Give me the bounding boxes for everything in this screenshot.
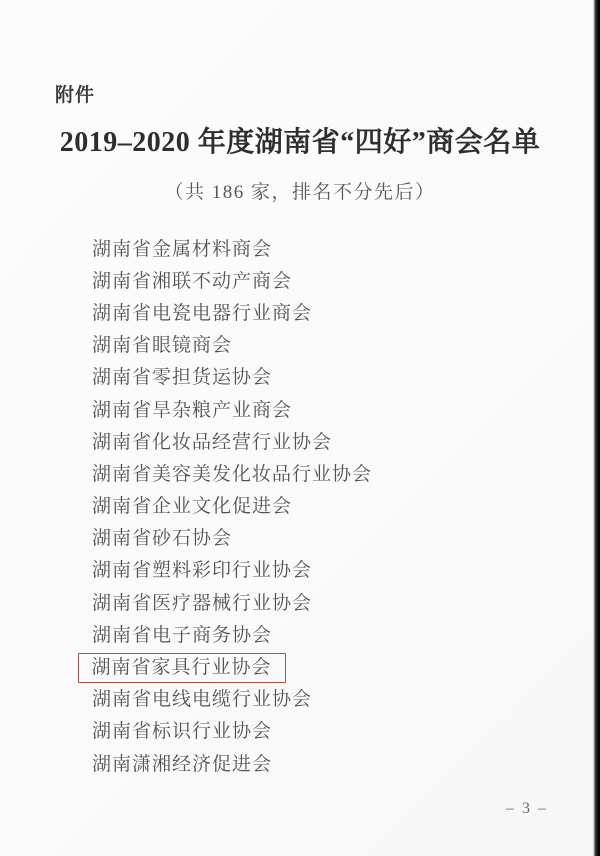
org-name: 湖南潇湘经济促进会 (92, 755, 272, 774)
list-item: 湖南省医疗器械行业协会 (0, 587, 600, 619)
list-item: 湖南省化妆品经营行业协会 (0, 426, 600, 458)
org-name: 湖南省砂石协会 (92, 529, 232, 548)
org-name: 湖南省湘联不动产商会 (92, 272, 292, 291)
list-item: 湖南省砂石协会 (0, 523, 600, 555)
org-name: 湖南省电瓷电器行业商会 (92, 304, 312, 323)
list-item: 湖南省电线电缆行业协会 (0, 684, 600, 716)
list-item: 湖南省零担货运协会 (0, 362, 600, 394)
document-subtitle: （共 186 家，排名不分先后） (0, 177, 600, 204)
org-name: 湖南省医疗器械行业协会 (92, 594, 312, 613)
list-item: 湖南省湘联不动产商会 (0, 265, 600, 297)
org-name: 湖南省美容美发化妆品行业协会 (92, 465, 372, 484)
document-title: 2019–2020 年度湖南省“四好”商会名单 (0, 120, 600, 160)
list-item-highlighted: 湖南省家具行业协会 (0, 651, 600, 683)
org-name: 湖南省金属材料商会 (92, 240, 272, 259)
attachment-label: 附件 (55, 80, 95, 107)
list-item: 湖南省塑料彩印行业协会 (0, 555, 600, 587)
chamber-list: 湖南省金属材料商会湖南省湘联不动产商会湖南省电瓷电器行业商会湖南省眼镜商会湖南省… (0, 233, 600, 780)
org-name: 湖南省塑料彩印行业协会 (92, 561, 312, 580)
document-page: 附件 2019–2020 年度湖南省“四好”商会名单 （共 186 家，排名不分… (0, 0, 600, 856)
org-name: 湖南省电子商务协会 (92, 626, 272, 645)
list-item: 湖南省电瓷电器行业商会 (0, 297, 600, 329)
org-name: 湖南省电线电缆行业协会 (92, 690, 312, 709)
org-name: 湖南省化妆品经营行业协会 (92, 433, 332, 452)
list-item: 湖南省电子商务协会 (0, 619, 600, 651)
org-name: 湖南省旱杂粮产业商会 (92, 401, 292, 420)
list-item: 湖南省旱杂粮产业商会 (0, 394, 600, 426)
list-item: 湖南省企业文化促进会 (0, 491, 600, 523)
org-name: 湖南省零担货运协会 (92, 368, 272, 387)
page-number: – 3 – (506, 800, 548, 818)
list-item: 湖南省美容美发化妆品行业协会 (0, 458, 600, 490)
list-item: 湖南省金属材料商会 (0, 233, 600, 265)
org-name: 湖南省企业文化促进会 (92, 497, 292, 516)
org-name: 湖南省眼镜商会 (92, 336, 232, 355)
list-item: 湖南省眼镜商会 (0, 330, 600, 362)
org-name: 湖南省家具行业协会 (78, 653, 286, 683)
list-item: 湖南潇湘经济促进会 (0, 748, 600, 780)
list-item: 湖南省标识行业协会 (0, 716, 600, 748)
org-name: 湖南省标识行业协会 (92, 722, 272, 741)
